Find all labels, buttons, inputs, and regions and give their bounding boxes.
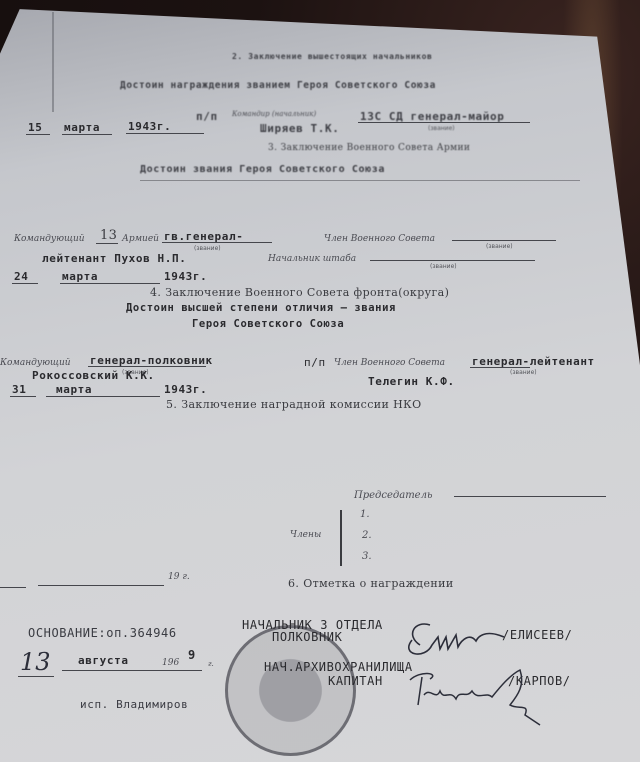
section2-title: 2. Заключение вышестоящих начальников	[232, 52, 432, 61]
front-council-name: Телегин К.Ф.	[368, 375, 455, 388]
date4-year-digit: 9	[188, 648, 196, 662]
chief-of-staff-label: Начальник штаба	[268, 254, 356, 264]
chairman-label: Председатель	[354, 490, 432, 501]
dept-head-name: /ЕЛИСЕЕВ/	[502, 628, 572, 642]
date1-year: 1943г.	[128, 120, 171, 133]
pp2: п/п	[304, 356, 326, 369]
date3-day: 31	[12, 383, 26, 396]
date4-month: августа	[78, 654, 129, 667]
date1-day: 15	[28, 121, 42, 134]
date3-year: 1943г.	[164, 383, 207, 396]
date2-year: 1943г.	[164, 270, 207, 283]
date4-year-prefix: 196	[162, 658, 179, 668]
section4-title: 4. Заключение Военного Совета фронта(окр…	[150, 286, 449, 299]
commander-label: Командир (начальник)	[232, 110, 316, 118]
members-label: Члены	[290, 530, 321, 540]
official-stamp	[225, 625, 356, 756]
executor: исп. Владимиров	[80, 698, 188, 711]
army-rank-hint: (звание)	[194, 245, 221, 252]
dept-head-line2: ПОЛКОВНИК	[272, 630, 342, 644]
army-commander-name: лейтенант Пухов Н.П.	[42, 252, 186, 265]
member-3: 3.	[362, 551, 372, 562]
section2-text: Достоин награждения званием Героя Советс…	[120, 80, 436, 91]
date3-month: марта	[56, 383, 92, 396]
army-label: Армией	[122, 234, 159, 244]
archive-line2: КАПИТАН	[328, 674, 383, 688]
blank-year: 19 г.	[168, 572, 190, 582]
date2-day: 24	[14, 270, 28, 283]
section4-text-line2: Героя Советского Союза	[192, 318, 344, 330]
date2-month: марта	[62, 270, 98, 283]
front-commander-name: Рокоссовский К.К.	[32, 369, 155, 382]
section4-text-line1: Достоин высшей степени отличия – звания	[126, 302, 396, 314]
basis-reference: ОСНОВАНИЕ:оп.364946	[28, 626, 177, 640]
army-commander-label: Командующий	[14, 234, 85, 244]
section5-title: 5. Заключение наградной комиссии НКО	[166, 398, 422, 411]
date1-month: марта	[64, 121, 100, 134]
member-1: 1.	[360, 509, 370, 520]
date4-day: 13	[20, 648, 51, 676]
date4-year-suffix: г.	[208, 660, 214, 668]
council-member-hint: (звание)	[486, 243, 513, 250]
section3-title: 3. Заключение Военного Совета Армии	[268, 143, 470, 153]
commander-rank-hint: (звание)	[428, 125, 455, 132]
signature-eliseev	[400, 615, 510, 665]
chief-of-staff-hint: (звание)	[430, 263, 457, 270]
pp1: п/п	[196, 110, 218, 123]
army-number: 13	[100, 228, 117, 243]
front-council-label: Член Военного Совета	[334, 358, 445, 368]
section3-text: Достоин звания Героя Советского Союза	[140, 164, 385, 175]
signature-karpov	[400, 665, 560, 735]
commander-name: Ширяев Т.К.	[260, 122, 339, 135]
paper-fold-line	[52, 12, 54, 112]
member-2: 2.	[362, 530, 372, 541]
council-member-label: Член Военного Совета	[324, 234, 435, 244]
front-commander-label: Командующий	[0, 358, 71, 368]
archive-line1: НАЧ.АРХИВОХРАНИЛИЩА	[264, 660, 413, 674]
front-council-hint: (звание)	[510, 369, 537, 376]
section6-title: 6. Отметка о награждении	[288, 577, 454, 590]
